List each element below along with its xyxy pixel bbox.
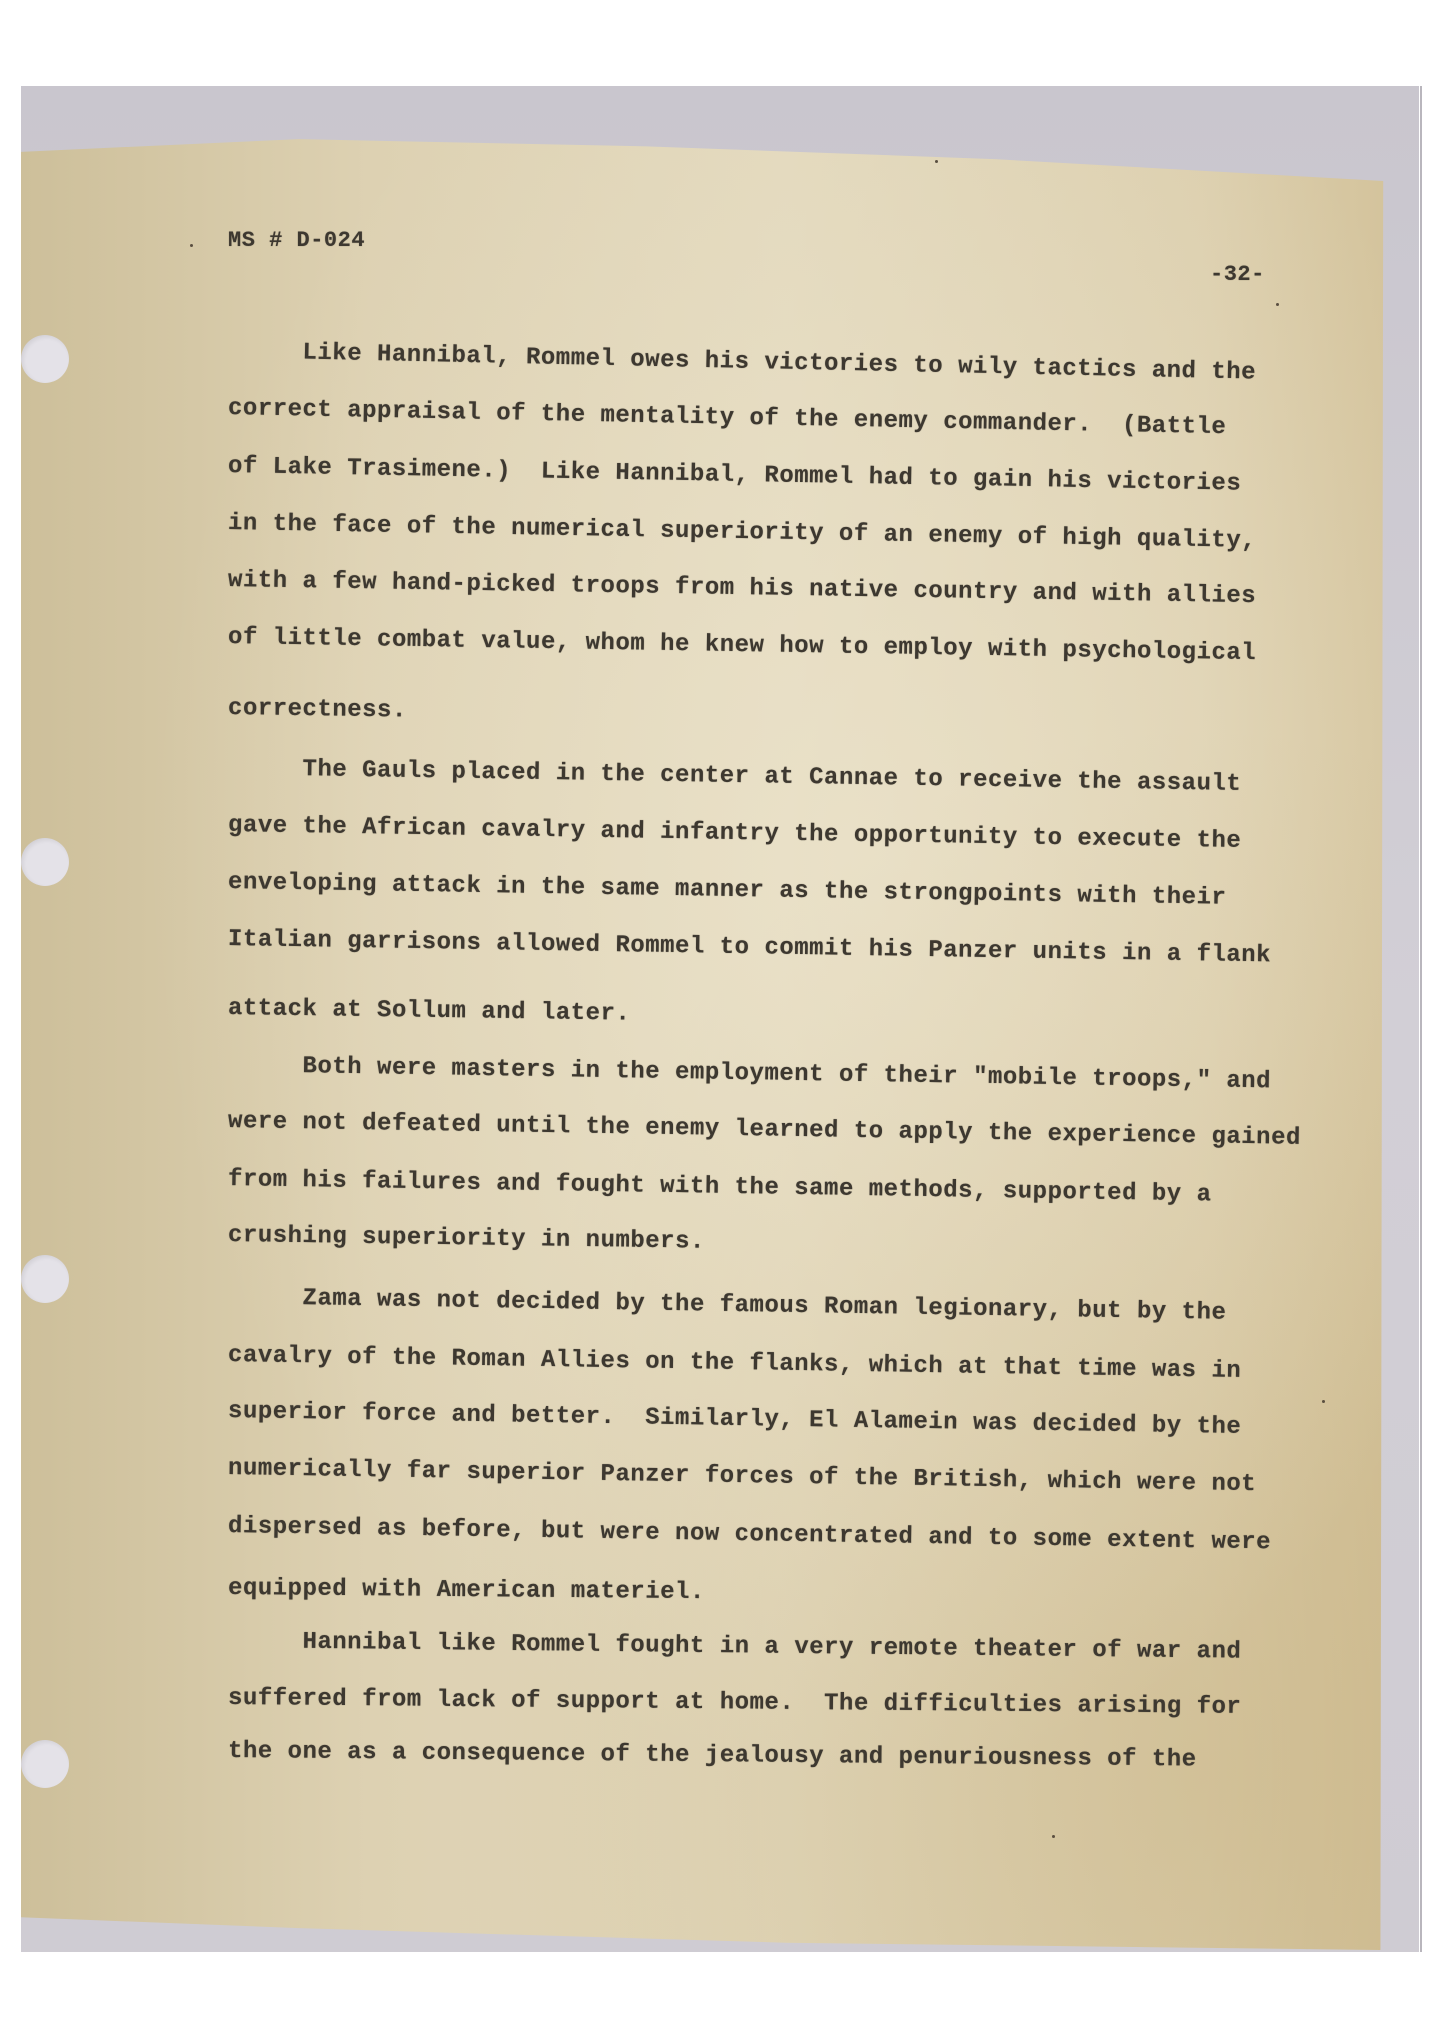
manuscript-id: MS # D-024 xyxy=(228,228,365,253)
background-edge-line xyxy=(1420,86,1422,1952)
text-line: correctness. xyxy=(228,695,407,724)
text-line: equipped with American materiel. xyxy=(228,1575,705,1606)
paper-speck xyxy=(935,160,938,163)
paper-speck xyxy=(190,244,193,247)
page-number: -32- xyxy=(1210,262,1265,287)
text-line: attack at Sollum and later. xyxy=(228,995,631,1028)
punch-hole-4 xyxy=(21,1740,69,1788)
paper-speck xyxy=(1052,1835,1055,1838)
paper-speck xyxy=(1322,1400,1325,1403)
punch-hole-1 xyxy=(21,335,69,383)
punch-hole-3 xyxy=(21,1255,69,1303)
paper-speck xyxy=(1276,303,1279,306)
punch-hole-2 xyxy=(21,838,69,886)
